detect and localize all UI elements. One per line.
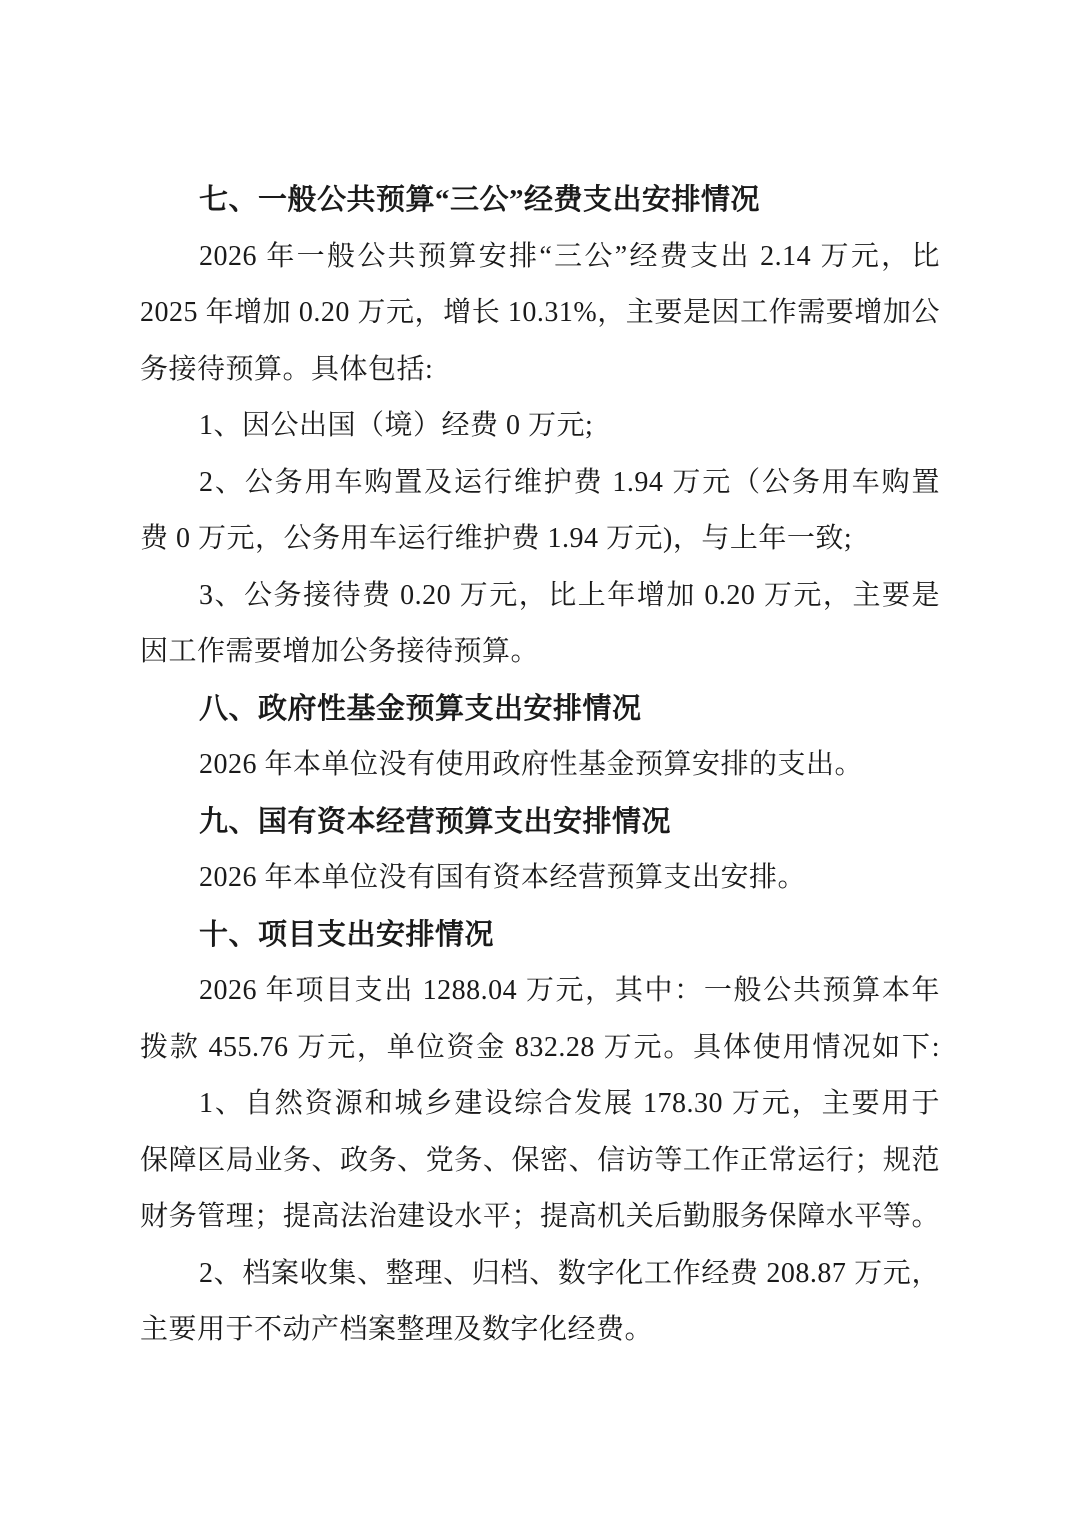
paragraph-line: 2025 年增加 0.20 万元，增长 10.31%，主要是因工作需要增加公 <box>140 285 940 342</box>
section-heading-nine: 九、国有资本经营预算支出安排情况 <box>140 794 940 851</box>
paragraph-line: 务接待预算。具体包括: <box>140 342 940 399</box>
document-body: 七、一般公共预算“三公”经费支出安排情况 2026 年一般公共预算安排“三公”经… <box>140 172 940 1359</box>
paragraph-line: 2026 年项目支出 1288.04 万元，其中：一般公共预算本年 <box>140 963 940 1020</box>
section-heading-ten: 十、项目支出安排情况 <box>140 907 940 964</box>
list-item-line: 3、公务接待费 0.20 万元，比上年增加 0.20 万元，主要是 <box>140 568 940 625</box>
paragraph-line: 费 0 万元，公务用车运行维护费 1.94 万元)，与上年一致; <box>140 511 940 568</box>
paragraph-line: 因工作需要增加公务接待预算。 <box>140 624 940 681</box>
paragraph-line: 2026 年本单位没有使用政府性基金预算安排的支出。 <box>140 737 940 794</box>
paragraph-line: 保障区局业务、政务、党务、保密、信访等工作正常运行；规范 <box>140 1133 940 1190</box>
document-page: 七、一般公共预算“三公”经费支出安排情况 2026 年一般公共预算安排“三公”经… <box>0 0 1074 1520</box>
paragraph-line: 2026 年一般公共预算安排“三公”经费支出 2.14 万元，比 <box>140 229 940 286</box>
paragraph-line: 2026 年本单位没有国有资本经营预算支出安排。 <box>140 850 940 907</box>
list-item-line: 1、自然资源和城乡建设综合发展 178.30 万元，主要用于 <box>140 1076 940 1133</box>
paragraph-line: 财务管理；提高法治建设水平；提高机关后勤服务保障水平等。 <box>140 1189 940 1246</box>
list-item-line: 2、公务用车购置及运行维护费 1.94 万元（公务用车购置 <box>140 455 940 512</box>
list-item-line: 1、因公出国（境）经费 0 万元; <box>140 398 940 455</box>
list-item-line: 2、档案收集、整理、归档、数字化工作经费 208.87 万元， <box>140 1246 940 1303</box>
paragraph-line: 主要用于不动产档案整理及数字化经费。 <box>140 1302 940 1359</box>
paragraph-line: 拨款 455.76 万元，单位资金 832.28 万元。具体使用情况如下: <box>140 1020 940 1077</box>
section-heading-seven: 七、一般公共预算“三公”经费支出安排情况 <box>140 172 940 229</box>
section-heading-eight: 八、政府性基金预算支出安排情况 <box>140 681 940 738</box>
